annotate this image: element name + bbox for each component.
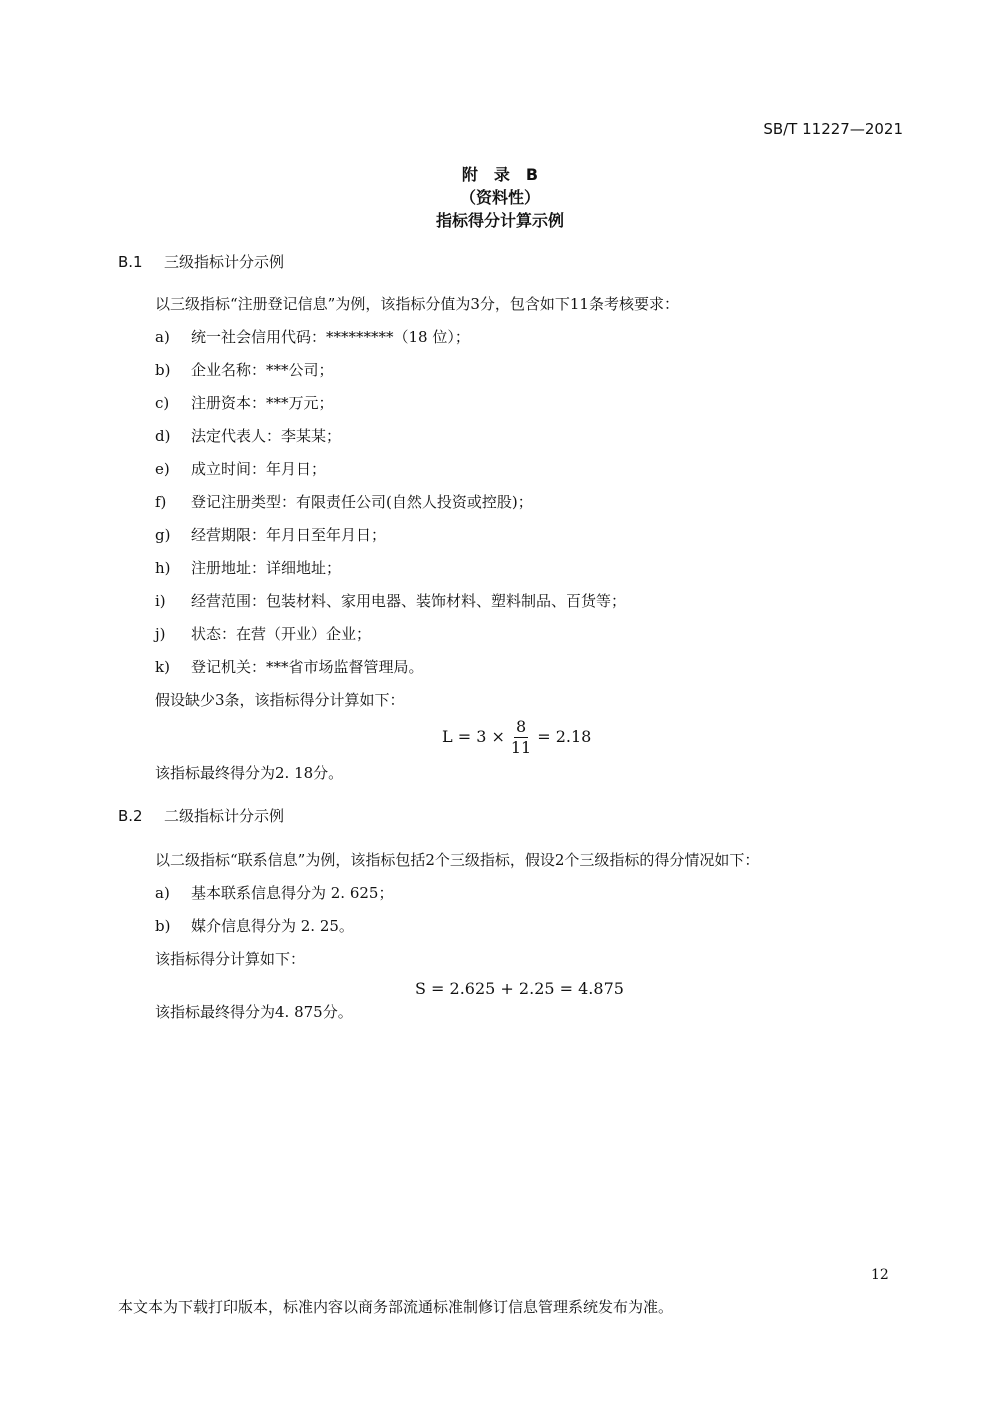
section-heading-b1: B.1三级指标计分示例 [118, 251, 284, 272]
list-item: f)登记注册类型：有限责任公司(自然人投资或控股)； [155, 491, 533, 512]
section-number: B.2 [118, 807, 164, 825]
item-marker: h) [155, 559, 191, 577]
item-text: 基本联系信息得分为 2. 625； [191, 884, 393, 902]
section-result: 该指标最终得分为2. 18分。 [155, 762, 343, 783]
item-text: 成立时间：年月日； [191, 460, 326, 478]
item-marker: b) [155, 917, 191, 935]
section-result: 该指标最终得分为4. 875分。 [155, 1001, 353, 1022]
fraction: 811 [509, 717, 533, 758]
item-marker: d) [155, 427, 191, 445]
list-item: c)注册资本：***万元； [155, 392, 334, 413]
item-marker: i) [155, 592, 191, 610]
section-title: 三级指标计分示例 [164, 253, 284, 271]
section-intro: 以二级指标“联系信息”为例，该指标包括2个三级指标，假设2个三级指标的得分情况如… [155, 849, 759, 870]
fraction-numerator: 8 [514, 717, 528, 738]
item-text: 经营期限：年月日至年月日； [191, 526, 386, 544]
page-number: 12 [871, 1267, 889, 1283]
item-text: 注册资本：***万元； [191, 394, 334, 412]
item-marker: a) [155, 328, 191, 346]
item-marker: g) [155, 526, 191, 544]
formula-s: S = 2.625 + 2.25 = 4.875 [415, 979, 624, 998]
list-item: k)登记机关：***省市场监督管理局。 [155, 656, 424, 677]
item-marker: f) [155, 493, 191, 511]
list-item: i)经营范围：包装材料、家用电器、装饰材料、塑料制品、百货等； [155, 590, 626, 611]
list-item: a)统一社会信用代码：*********（18 位）； [155, 326, 470, 347]
section-title: 二级指标计分示例 [164, 807, 284, 825]
calc-intro: 假设缺少3条，该指标得分计算如下： [155, 689, 405, 710]
calc-intro: 该指标得分计算如下： [155, 948, 305, 969]
formula-rhs: = 2.18 [537, 727, 591, 746]
item-marker: e) [155, 460, 191, 478]
formula-lhs: L = 3 × [442, 727, 505, 746]
list-item: b)媒介信息得分为 2. 25。 [155, 915, 354, 936]
list-item: d)法定代表人：李某某； [155, 425, 341, 446]
item-text: 法定代表人：李某某； [191, 427, 341, 445]
list-item: j)状态：在营（开业）企业； [155, 623, 371, 644]
item-marker: j) [155, 625, 191, 643]
standard-code: SB/T 11227—2021 [763, 120, 903, 138]
item-text: 登记注册类型：有限责任公司(自然人投资或控股)； [191, 493, 533, 511]
list-item: g)经营期限：年月日至年月日； [155, 524, 386, 545]
fraction-denominator: 11 [509, 738, 533, 758]
section-heading-b2: B.2二级指标计分示例 [118, 805, 284, 826]
list-item: e)成立时间：年月日； [155, 458, 326, 479]
item-text: 状态：在营（开业）企业； [191, 625, 371, 643]
item-text: 经营范围：包装材料、家用电器、装饰材料、塑料制品、百货等； [191, 592, 626, 610]
section-intro: 以三级指标“注册登记信息”为例，该指标分值为3分，包含如下11条考核要求： [155, 293, 679, 314]
footer-note: 本文本为下载打印版本，标准内容以商务部流通标准制修订信息管理系统发布为准。 [118, 1296, 673, 1317]
item-marker: k) [155, 658, 191, 676]
list-item: a)基本联系信息得分为 2. 625； [155, 882, 393, 903]
item-text: 企业名称：***公司； [191, 361, 334, 379]
item-text: 注册地址：详细地址； [191, 559, 341, 577]
item-text: 登记机关：***省市场监督管理局。 [191, 658, 424, 676]
item-text: 媒介信息得分为 2. 25。 [191, 917, 354, 935]
item-marker: a) [155, 884, 191, 902]
item-marker: c) [155, 394, 191, 412]
item-marker: b) [155, 361, 191, 379]
appendix-title: 指标得分计算示例 [0, 208, 1000, 231]
appendix-nature: （资料性） [0, 185, 1000, 208]
section-number: B.1 [118, 253, 164, 271]
item-text: 统一社会信用代码：*********（18 位）； [191, 328, 470, 346]
formula-l: L = 3 ×811= 2.18 [442, 717, 591, 758]
list-item: b)企业名称：***公司； [155, 359, 334, 380]
list-item: h)注册地址：详细地址； [155, 557, 341, 578]
appendix-label: 附 录 B [0, 162, 1000, 185]
